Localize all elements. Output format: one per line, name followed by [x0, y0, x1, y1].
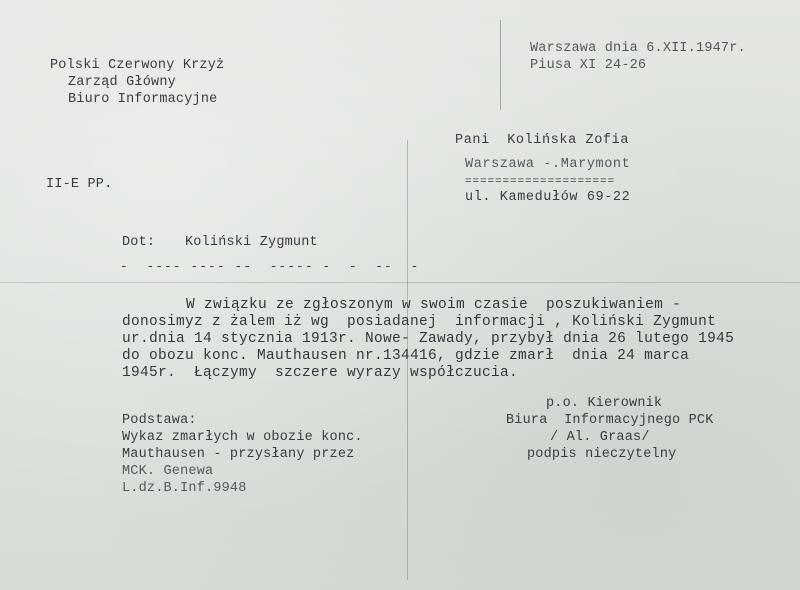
- basis-line: Mauthausen - przysłany przez: [122, 447, 354, 463]
- reference-number: II-E PP.: [46, 177, 112, 193]
- signature-note: podpis nieczytelny: [527, 447, 676, 463]
- body-line: 1945r. Łączymy szczere wyrazy współczuci…: [122, 365, 518, 382]
- subject-value: Koliński Zygmunt: [185, 235, 318, 251]
- fold-line-vertical-top: [500, 20, 501, 110]
- body-line: ur.dnia 14 stycznia 1913r. Nowe- Zawady,…: [122, 331, 734, 348]
- subject-label: Dot:: [122, 235, 155, 251]
- subject-underline: - ---- ---- -- ----- - - -- -: [120, 259, 419, 274]
- sender-office: Biuro Informacyjne: [68, 92, 217, 108]
- sender-organization: Polski Czerwony Krzyż: [50, 58, 224, 74]
- basis-line: MCK. Genewa: [122, 464, 213, 480]
- recipient-underline: ====================: [465, 174, 615, 190]
- signature-office: Biura Informacyjnego PCK: [506, 413, 714, 429]
- body-line: donosimyz z żalem iż wg posiadanej infor…: [122, 314, 716, 331]
- date-line: Warszawa dnia 6.XII.1947r.: [530, 41, 746, 57]
- signature-title: p.o. Kierownik: [546, 396, 662, 412]
- basis-line: L.dz.B.Inf.9948: [122, 481, 247, 497]
- recipient-city: Warszawa -.Marymont: [465, 157, 630, 173]
- recipient-street: ul. Kamedułów 69-22: [465, 190, 630, 206]
- body-line: W związku ze zgłoszonym w swoim czasie p…: [186, 297, 681, 314]
- body-line: do obozu konc. Mauthausen nr.134416, gdz…: [122, 348, 689, 365]
- address-line: Piusa XI 24-26: [530, 58, 646, 74]
- sender-department: Zarząd Główny: [68, 75, 176, 91]
- signature-name: / Al. Graas/: [550, 430, 650, 446]
- recipient-name: Pani Kolińska Zofia: [455, 133, 629, 149]
- fold-line-horizontal: [0, 282, 800, 283]
- basis-label: Podstawa:: [122, 413, 197, 429]
- basis-line: Wykaz zmarłych w obozie konc.: [122, 430, 363, 446]
